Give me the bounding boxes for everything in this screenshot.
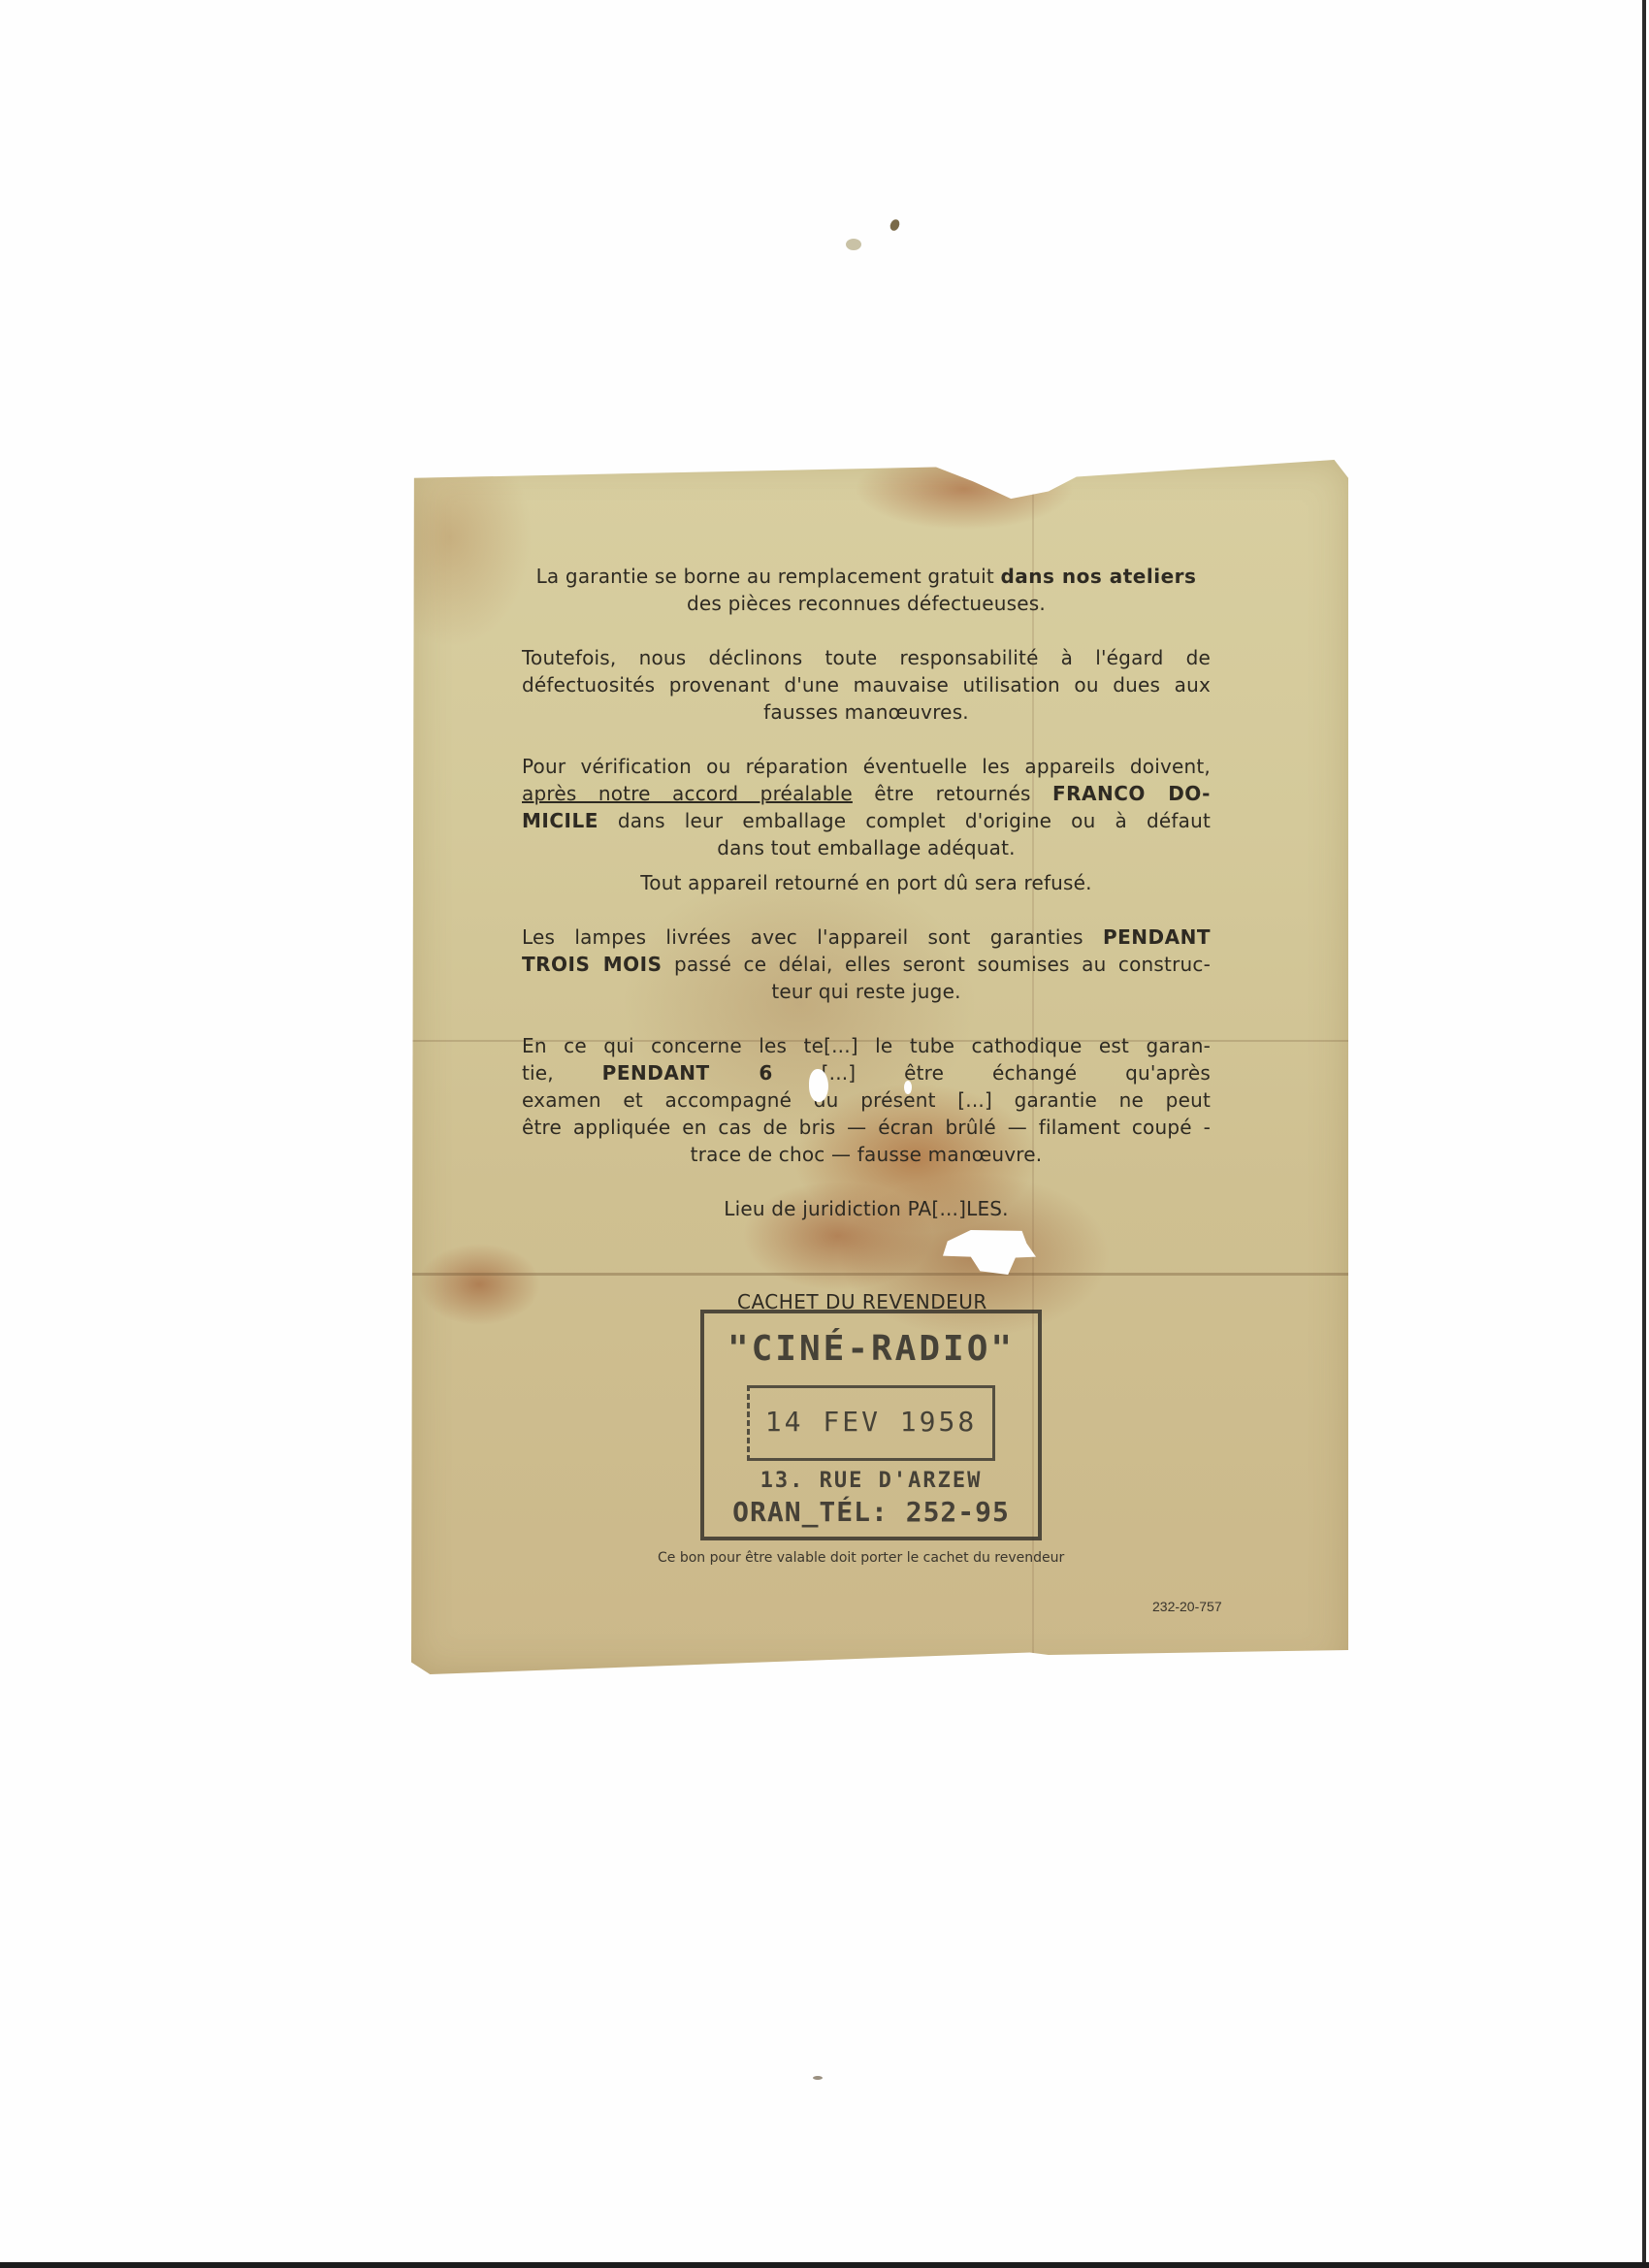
warranty-text: La garantie se borne au remplacement gra… (522, 563, 1211, 1249)
stamp-date: 14 FEV 1958 (750, 1406, 992, 1438)
scan-speck (813, 2076, 823, 2080)
paragraph-jurisdiction: Lieu de juridiction PA[...]LES. (522, 1195, 1211, 1222)
scan-speck (889, 218, 901, 233)
validity-note: Ce bon pour être valable doit porter le … (658, 1550, 1064, 1566)
stamp-address: 13. RUE D'ARZEW (704, 1469, 1038, 1493)
fold-crease (411, 1273, 1348, 1276)
stamp-date-box: 14 FEV 1958 (747, 1385, 995, 1461)
dealer-stamp: "CINÉ-RADIO" 14 FEV 1958 13. RUE D'ARZEW… (700, 1310, 1042, 1540)
stamp-dealer-name: "CINÉ-RADIO" (704, 1329, 1038, 1369)
paragraph-postage: Tout appareil retourné en port dû sera r… (522, 869, 1211, 896)
paragraph-cathode-tube: En ce qui concerne les te[...] le tube c… (522, 1032, 1211, 1168)
scan-border (1642, 0, 1646, 2268)
paragraph-returns: Pour vérification ou réparation éventuel… (522, 753, 1211, 861)
paragraph-repair-scope: La garantie se borne au remplacement gra… (522, 563, 1211, 617)
scan-speck (846, 239, 861, 250)
paragraph-tubes: Les lampes livrées avec l'appareil sont … (522, 923, 1211, 1005)
reference-number: 232-20-757 (1152, 1599, 1222, 1614)
paragraph-liability: Toutefois, nous déclinons toute responsa… (522, 644, 1211, 726)
warranty-document: La garantie se borne au remplacement gra… (411, 460, 1348, 1674)
scan-border (0, 2262, 1649, 2268)
paper-hole (943, 1230, 1036, 1275)
stamp-phone: ORAN_TÉL: 252-95 (704, 1496, 1038, 1528)
paper-hole (904, 1081, 912, 1094)
paper-hole (809, 1069, 828, 1102)
